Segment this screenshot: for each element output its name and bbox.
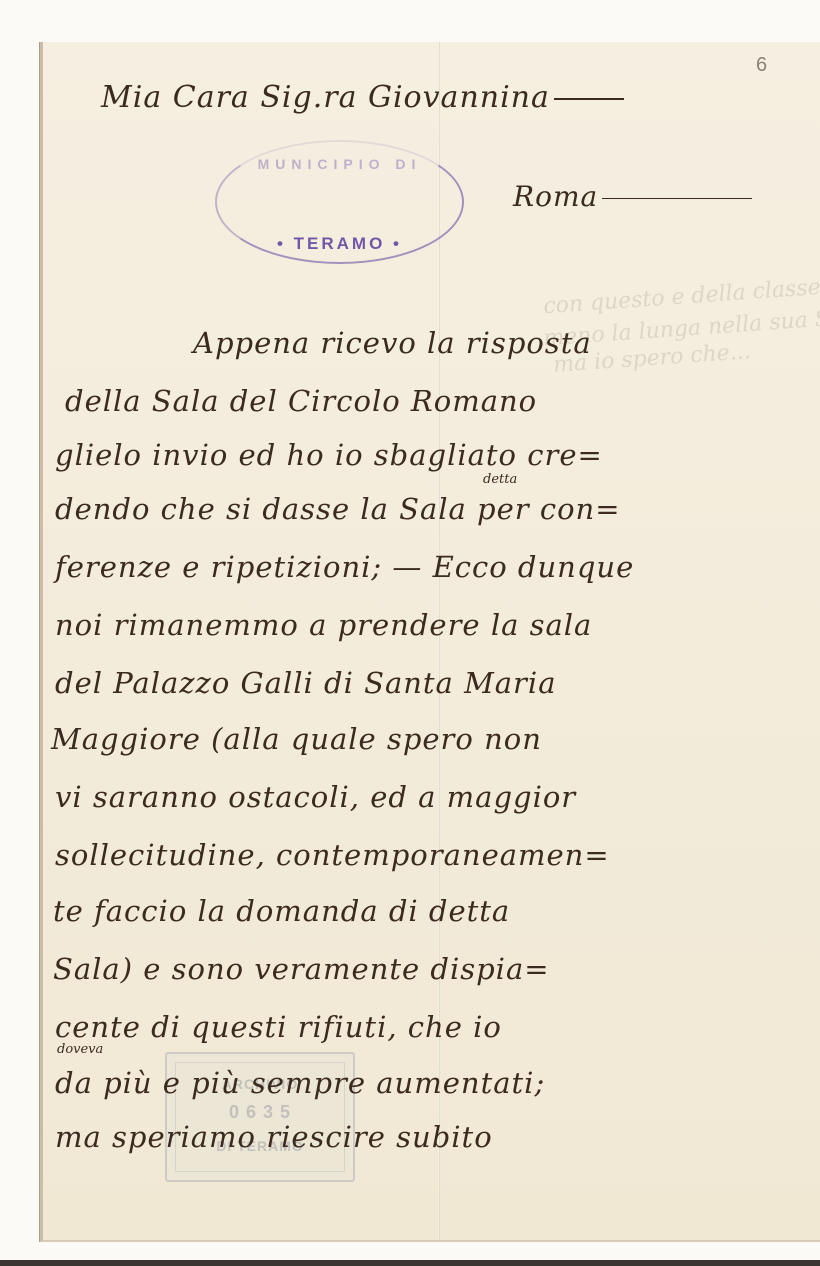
- oval-stamp-bottom-text: • TERAMO •: [217, 234, 462, 254]
- page-number: 6: [756, 54, 767, 77]
- letter-line: dendo che si dasse la Sala per con=: [55, 492, 621, 526]
- letter-line: noi rimanemmo a prendere la sala: [55, 608, 592, 642]
- letter-line: cente di questi rifiuti, che io: [55, 1010, 502, 1044]
- salutation: Mia Cara Sig.ra Giovannina: [101, 80, 624, 115]
- letter-line: Maggiore (alla quale spero non: [51, 722, 542, 756]
- letter-page: 6 con questo e della classe anche meno l…: [40, 42, 820, 1242]
- letter-line: te faccio la domanda di detta: [53, 894, 510, 928]
- letter-line: da più e più sempre aumentati;: [55, 1066, 545, 1100]
- interlinear-correction: detta: [483, 472, 517, 487]
- letter-line: ferenze e ripetizioni; — Ecco dunque: [55, 550, 634, 584]
- letter-line: glielo invio ed ho io sbagliato cre=: [55, 438, 603, 472]
- letter-line: ma speriamo riescire subito: [55, 1120, 493, 1154]
- interlinear-correction: doveva: [57, 1042, 103, 1057]
- oval-stamp-top-text: MUNICIPIO DI: [217, 156, 462, 172]
- letter-line: Appena ricevo la risposta: [193, 326, 592, 360]
- letter-line: sollecitudine, contemporaneamen=: [55, 838, 610, 872]
- letter-line: Sala) e sono veramente dispia=: [53, 952, 550, 986]
- oval-stamp: MUNICIPIO DI • TERAMO •: [215, 140, 464, 264]
- letter-line: vi saranno ostacoli, ed a maggior: [55, 780, 576, 814]
- letter-line: della Sala del Circolo Romano: [65, 384, 537, 418]
- scanner-edge: [0, 1260, 820, 1266]
- place-line: Roma: [513, 180, 752, 213]
- letter-line: del Palazzo Galli di Santa Maria: [55, 666, 556, 700]
